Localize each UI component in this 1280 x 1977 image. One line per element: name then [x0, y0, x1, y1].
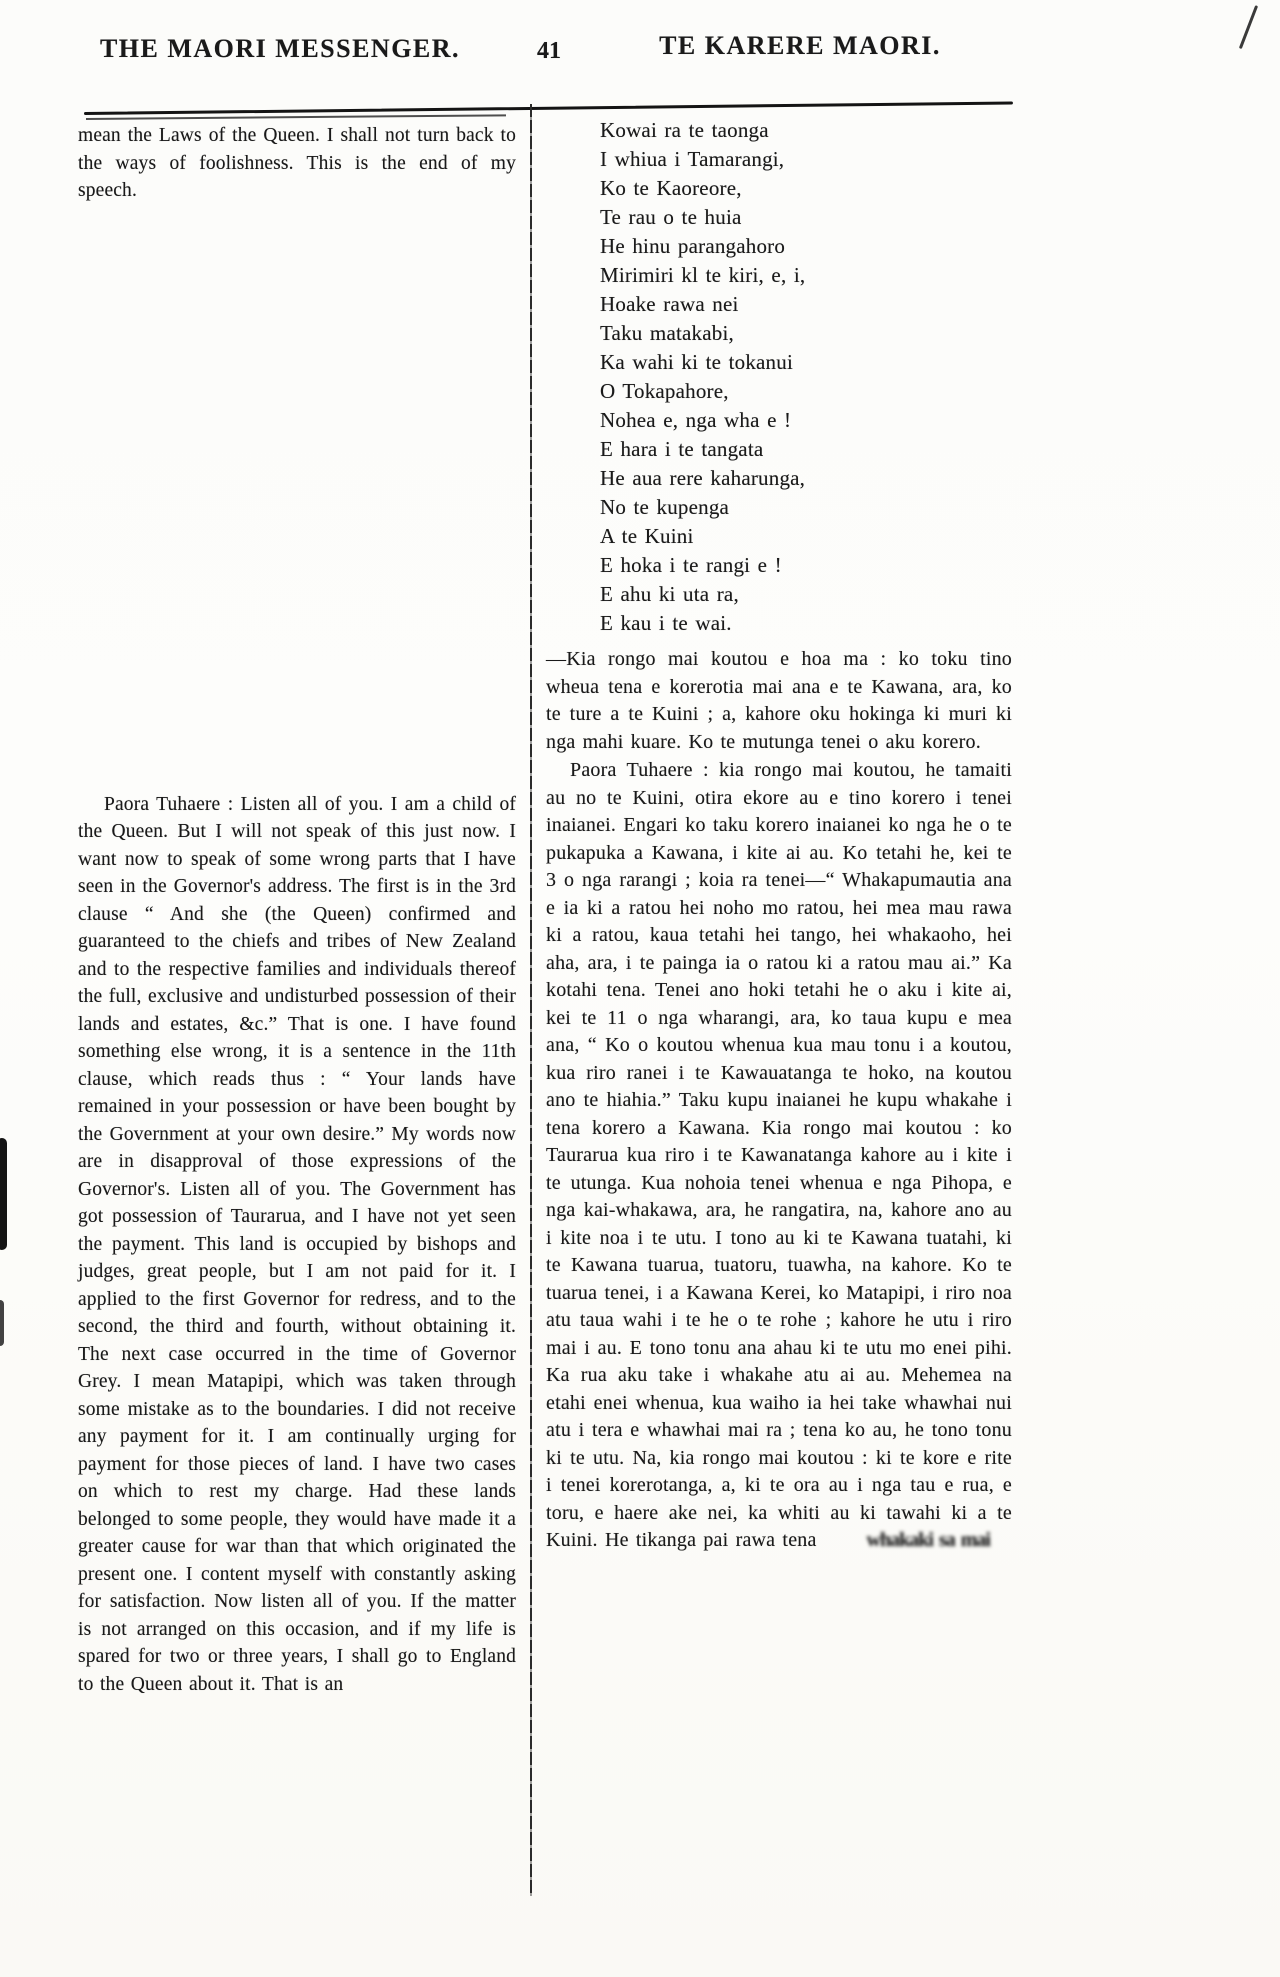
poem-line: Ka wahi ki te tokanui	[600, 348, 1012, 377]
maori-paragraph-text: Paora Tuhaere : kia rongo mai koutou, he…	[546, 759, 1012, 1551]
poem-line: Taku matakabi,	[600, 319, 1012, 348]
english-paragraph: mean the Laws of the Queen. I shall not …	[78, 122, 516, 205]
page-number: 41	[519, 38, 579, 65]
header-rule	[84, 101, 1013, 115]
poem-line: Ko te Kaoreore,	[600, 174, 1012, 203]
maori-column: Kowai ra te taonga I whiua i Tamarangi, …	[546, 116, 1012, 1555]
poem-line: No te kupenga	[600, 493, 1012, 522]
poem-line: E kau i te wai.	[600, 609, 1012, 638]
maori-paragraph: —Kia rongo mai koutou e hoa ma : ko toku…	[546, 646, 1012, 756]
english-column: mean the Laws of the Queen. I shall not …	[78, 122, 516, 1698]
poem-line: Nohea e, nga wha e !	[600, 406, 1012, 435]
poem-line: Kowai ra te taonga	[600, 116, 1012, 145]
poem-line: E hara i te tangata	[600, 435, 1012, 464]
ink-smudge: whakaki sa mai	[843, 1527, 990, 1555]
header-rule-secondary	[86, 114, 506, 119]
poem-line: E ahu ki uta ra,	[600, 580, 1012, 609]
scanned-newspaper-page: THE MAORI MESSENGER. 41 TE KARERE MAORI.…	[0, 0, 1280, 1977]
poem-line: E hoka i te rangi e !	[600, 551, 1012, 580]
poem-line: Mirimiri kl te kiri, e, i,	[600, 261, 1012, 290]
poem-line: I whiua i Tamarangi,	[600, 145, 1012, 174]
masthead-right-title: TE KARERE MAORI.	[590, 31, 1010, 61]
english-paragraph: Paora Tuhaere : Listen all of you. I am …	[78, 791, 516, 1699]
poem-line: He hinu parangahoro	[600, 232, 1012, 261]
poem-line: He aua rere kaharunga,	[600, 464, 1012, 493]
poem-line: O Tokapahore,	[600, 377, 1012, 406]
ink-blot-artifact	[0, 1138, 7, 1250]
ink-blot-artifact	[0, 1300, 4, 1346]
pen-mark-artifact	[1239, 5, 1258, 49]
poem-line: Te rau o te huia	[600, 203, 1012, 232]
column-divider-rule	[530, 104, 532, 1896]
maori-song: Kowai ra te taonga I whiua i Tamarangi, …	[600, 116, 1012, 638]
poem-line: Hoake rawa nei	[600, 290, 1012, 319]
maori-paragraph: Paora Tuhaere : kia rongo mai koutou, he…	[546, 757, 1012, 1555]
poem-line: A te Kuini	[600, 522, 1012, 551]
masthead-left-title: THE MAORI MESSENGER.	[60, 34, 500, 64]
